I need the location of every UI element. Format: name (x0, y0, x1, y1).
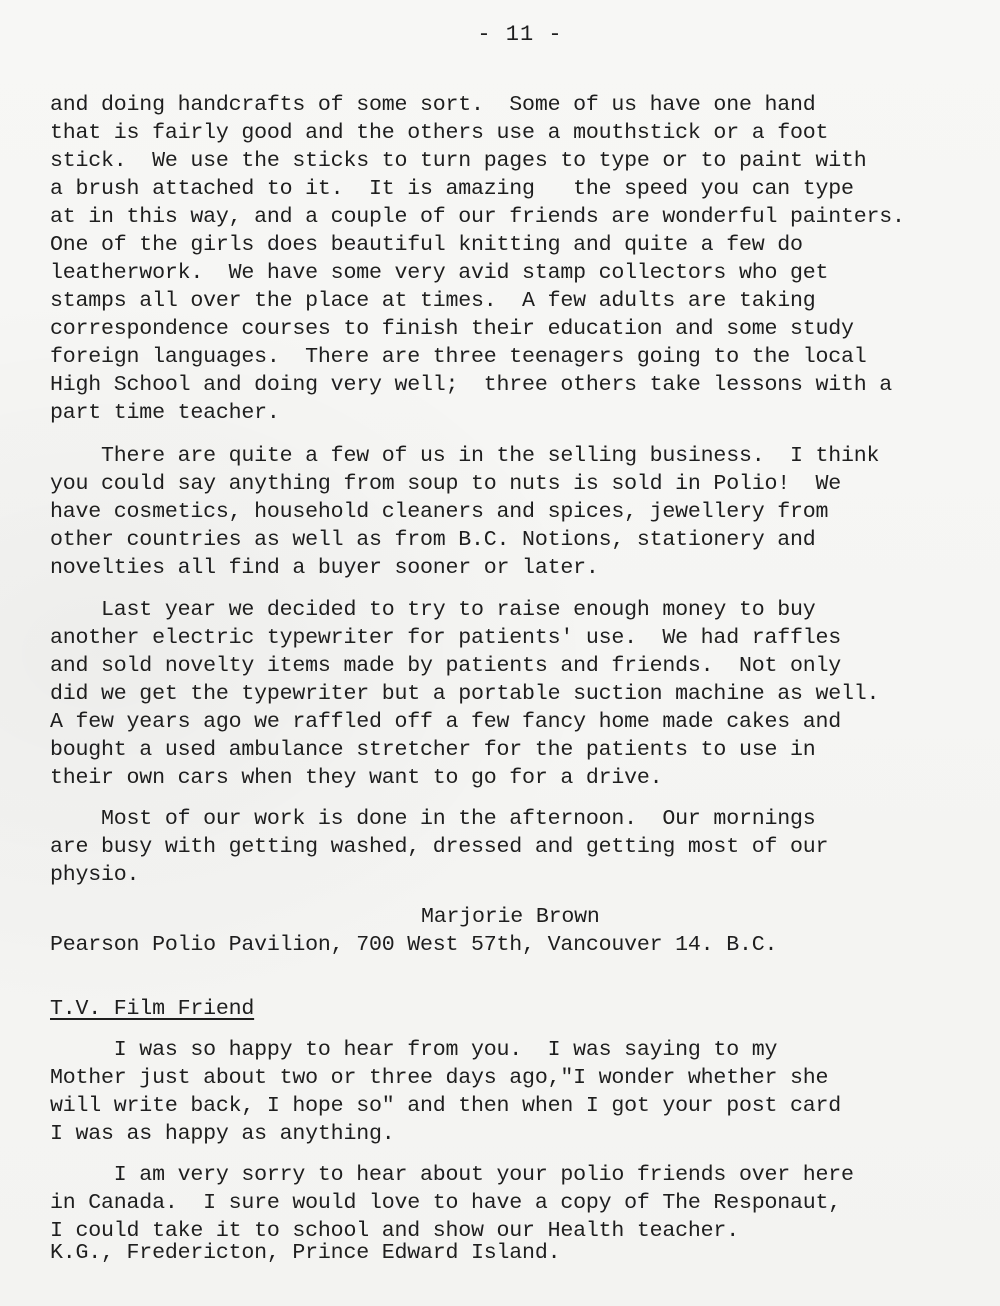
text-line: and sold novelty items made by patients … (50, 652, 841, 680)
text-line: physio. (50, 861, 139, 889)
text-line: I was as happy as anything. (50, 1120, 394, 1148)
text-line: stamps all over the place at times. A fe… (50, 287, 816, 315)
text-line: that is fairly good and the others use a… (50, 119, 828, 147)
text-line: Last year we decided to try to raise eno… (50, 596, 816, 624)
text-line: have cosmetics, household cleaners and s… (50, 498, 828, 526)
text-line: One of the girls does beautiful knitting… (50, 231, 803, 259)
page-number: - 11 - (0, 22, 1000, 47)
letter-signoff: K.G., Fredericton, Prince Edward Island. (50, 1239, 560, 1267)
text-line: part time teacher. (50, 399, 280, 427)
section-heading: T.V. Film Friend (50, 995, 254, 1023)
text-line: are busy with getting washed, dressed an… (50, 833, 828, 861)
text-line: another electric typewriter for patients… (50, 624, 841, 652)
text-line: novelties all find a buyer sooner or lat… (50, 554, 599, 582)
text-line: did we get the typewriter but a portable… (50, 680, 879, 708)
text-line: I was so happy to hear from you. I was s… (50, 1036, 777, 1064)
text-line: A few years ago we raffled off a few fan… (50, 708, 841, 736)
text-line: you could say anything from soup to nuts… (50, 470, 841, 498)
text-line: correspondence courses to finish their e… (50, 315, 854, 343)
text-line: a brush attached to it. It is amazing th… (50, 175, 854, 203)
text-line: Mother just about two or three days ago,… (50, 1064, 828, 1092)
text-line: High School and doing very well; three o… (50, 371, 892, 399)
text-line: Most of our work is done in the afternoo… (50, 805, 816, 833)
text-line: in Canada. I sure would love to have a c… (50, 1189, 841, 1217)
text-line: will write back, I hope so" and then whe… (50, 1092, 841, 1120)
text-line: leatherwork. We have some very avid stam… (50, 259, 828, 287)
text-line: foreign languages. There are three teena… (50, 343, 867, 371)
document-page: - 11 - and doing handcrafts of some sort… (0, 0, 1000, 1306)
text-line: at in this way, and a couple of our frie… (50, 203, 905, 231)
text-line: stick. We use the sticks to turn pages t… (50, 147, 867, 175)
text-line: I am very sorry to hear about your polio… (50, 1161, 854, 1189)
text-line: their own cars when they want to go for … (50, 764, 662, 792)
signature-address: Pearson Polio Pavilion, 700 West 57th, V… (50, 931, 777, 959)
text-line: and doing handcrafts of some sort. Some … (50, 91, 816, 119)
text-line: other countries as well as from B.C. Not… (50, 526, 816, 554)
text-line: bought a used ambulance stretcher for th… (50, 736, 816, 764)
text-line: There are quite a few of us in the selli… (50, 442, 879, 470)
signature-name: Marjorie Brown (421, 903, 600, 931)
